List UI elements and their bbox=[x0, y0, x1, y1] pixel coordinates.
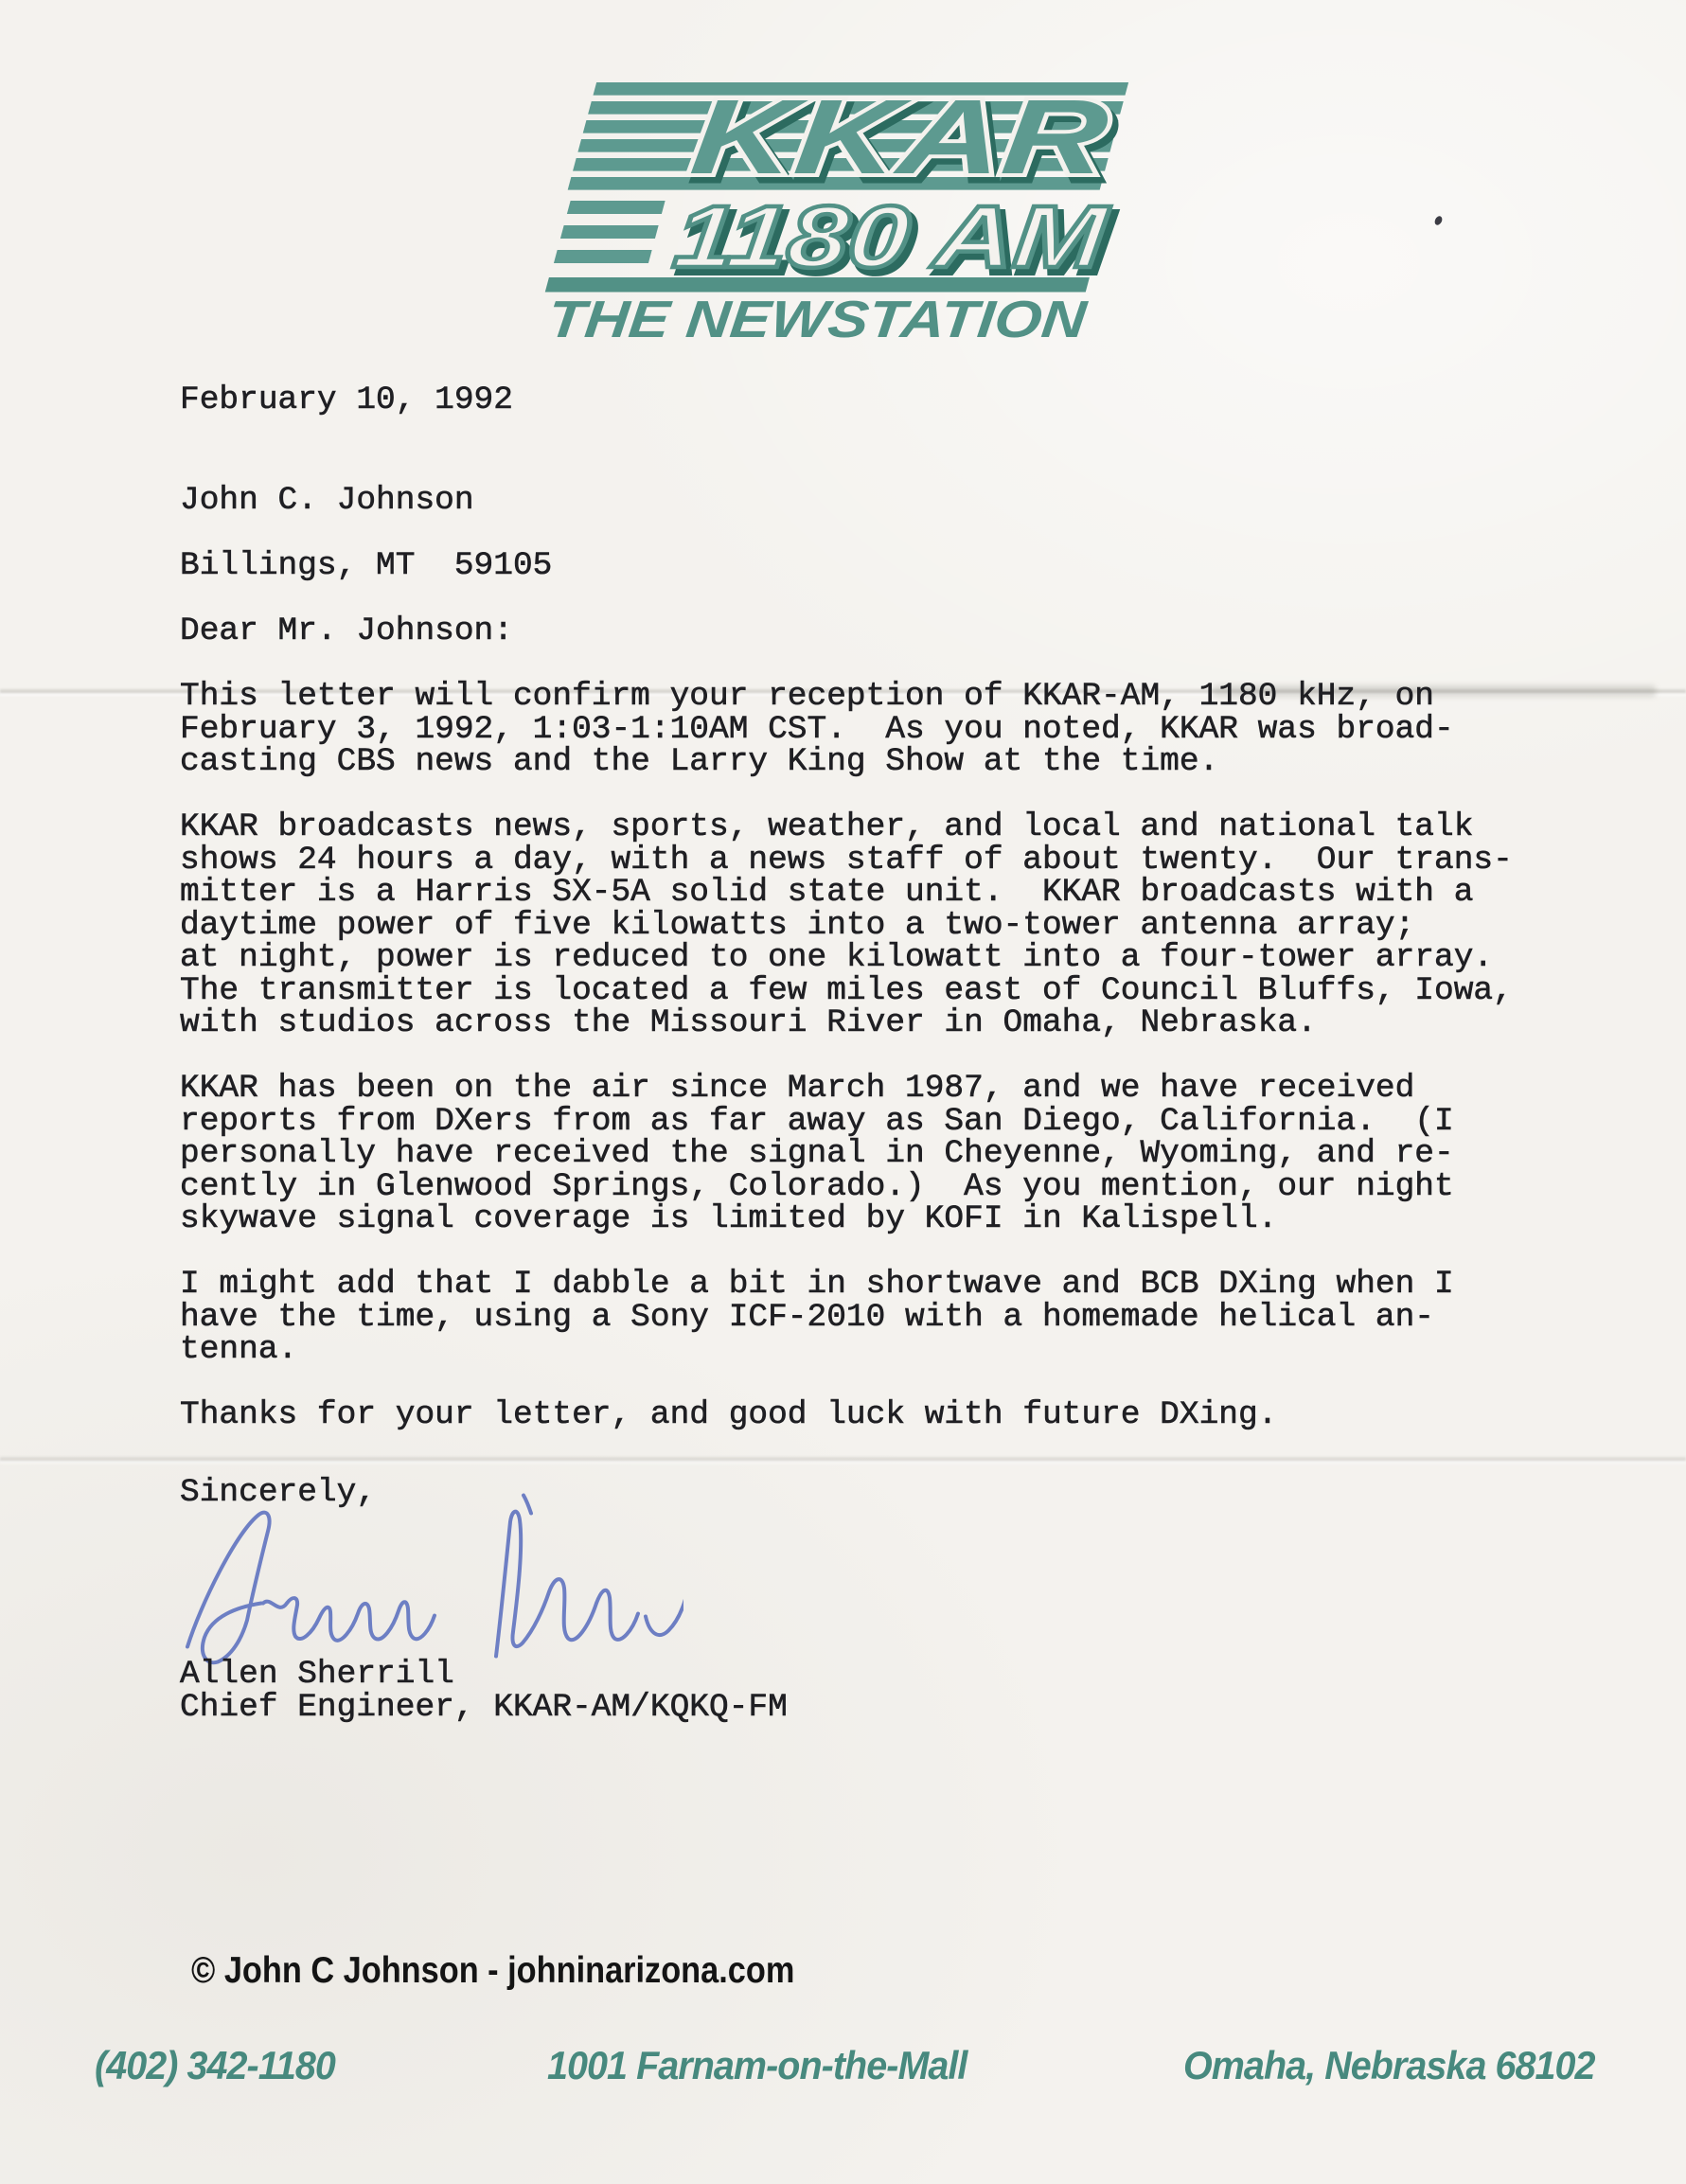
handwritten-signature bbox=[172, 1488, 683, 1668]
kkar-logo: KKAR KKAR 1180 AM 1180 AM THE NEWSTATION bbox=[350, 76, 1145, 360]
ink-speck bbox=[1433, 215, 1444, 226]
signature-tick bbox=[524, 1496, 531, 1514]
scanned-letter-page: KKAR KKAR 1180 AM 1180 AM THE NEWSTATION… bbox=[0, 0, 1686, 2184]
signature-stroke-3 bbox=[646, 1568, 683, 1635]
paragraph-2: KKAR broadcasts news, sports, weather, a… bbox=[180, 811, 1513, 1040]
signature-block: Allen Sherrill Chief Engineer, KKAR-AM/K… bbox=[180, 1659, 788, 1724]
fold-crease-bottom bbox=[0, 1456, 1686, 1465]
letter-date: February 10, 1992 bbox=[180, 384, 513, 417]
signature-stroke-1 bbox=[187, 1513, 435, 1663]
tagline: THE NEWSTATION bbox=[545, 290, 1091, 348]
footer-city: Omaha, Nebraska 68102 bbox=[1183, 2043, 1595, 2088]
paragraph-1: This letter will confirm your reception … bbox=[180, 681, 1454, 779]
copyright-watermark: © John C Johnson - johninarizona.com bbox=[191, 1950, 794, 1992]
frequency-stripes bbox=[554, 201, 666, 263]
paragraph-3: KKAR has been on the air since March 198… bbox=[180, 1073, 1454, 1236]
footer-address: 1001 Farnam-on-the-Mall bbox=[547, 2043, 967, 2088]
paragraph-5: Thanks for your letter, and good luck wi… bbox=[180, 1399, 1277, 1432]
signature-stroke-2 bbox=[496, 1512, 638, 1657]
paragraph-4: I might add that I dabble a bit in short… bbox=[180, 1269, 1454, 1367]
salutation: Dear Mr. Johnson: bbox=[180, 615, 513, 648]
station-callsign: KKAR bbox=[686, 77, 1113, 196]
footer-phone: (402) 342-1180 bbox=[95, 2043, 335, 2088]
recipient-address: John C. Johnson Billings, MT 59105 bbox=[180, 485, 552, 583]
frequency: 1180 AM bbox=[669, 187, 1113, 286]
